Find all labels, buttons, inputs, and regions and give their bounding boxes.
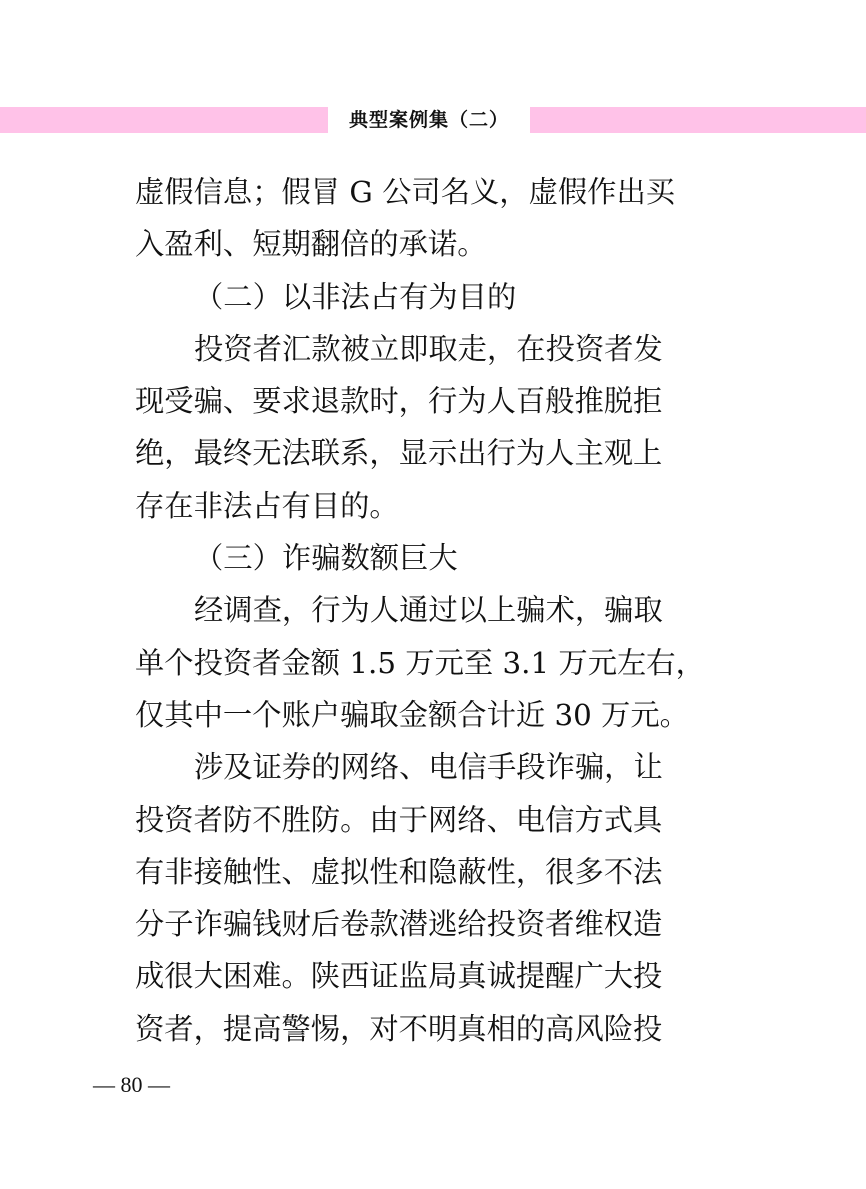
section-heading: （三）诈骗数额巨大 [135,532,725,584]
section-heading: （二）以非法占有为目的 [135,271,725,323]
text-line: 有非接触性、虚拟性和隐蔽性，很多不法 [135,846,725,898]
body-text: 虚假信息；假冒 G 公司名义，虚假作出买 入盈利、短期翻倍的承诺。 （二）以非法… [135,166,725,1055]
header-bar-left [0,107,328,133]
text-line: 现受骗、要求退款时，行为人百般推脱拒 [135,375,725,427]
text-line: 资者，提高警惕，对不明真相的高风险投 [135,1003,725,1055]
text-line: 虚假信息；假冒 G 公司名义，虚假作出买 [135,166,725,218]
paragraph-start: 经调查，行为人通过以上骗术，骗取 [135,584,725,636]
paragraph-start: 涉及证券的网络、电信手段诈骗，让 [135,741,725,793]
text-line: 绝，最终无法联系，显示出行为人主观上 [135,427,725,479]
text-line: 投资者防不胜防。由于网络、电信方式具 [135,794,725,846]
text-line: 仅其中一个账户骗取金额合计近 30 万元。 [135,689,725,741]
page-number: — 80 — [93,1072,170,1098]
header-bar-right [530,107,866,133]
running-header-title: 典型案例集（二） [328,107,530,133]
paragraph-start: 投资者汇款被立即取走，在投资者发 [135,323,725,375]
text-line: 分子诈骗钱财后卷款潜逃给投资者维权造 [135,898,725,950]
text-line: 单个投资者金额 1.5 万元至 3.1 万元左右， [135,637,725,689]
text-line: 成很大困难。陕西证监局真诚提醒广大投 [135,950,725,1002]
text-line: 存在非法占有目的。 [135,480,725,532]
text-line: 入盈利、短期翻倍的承诺。 [135,218,725,270]
